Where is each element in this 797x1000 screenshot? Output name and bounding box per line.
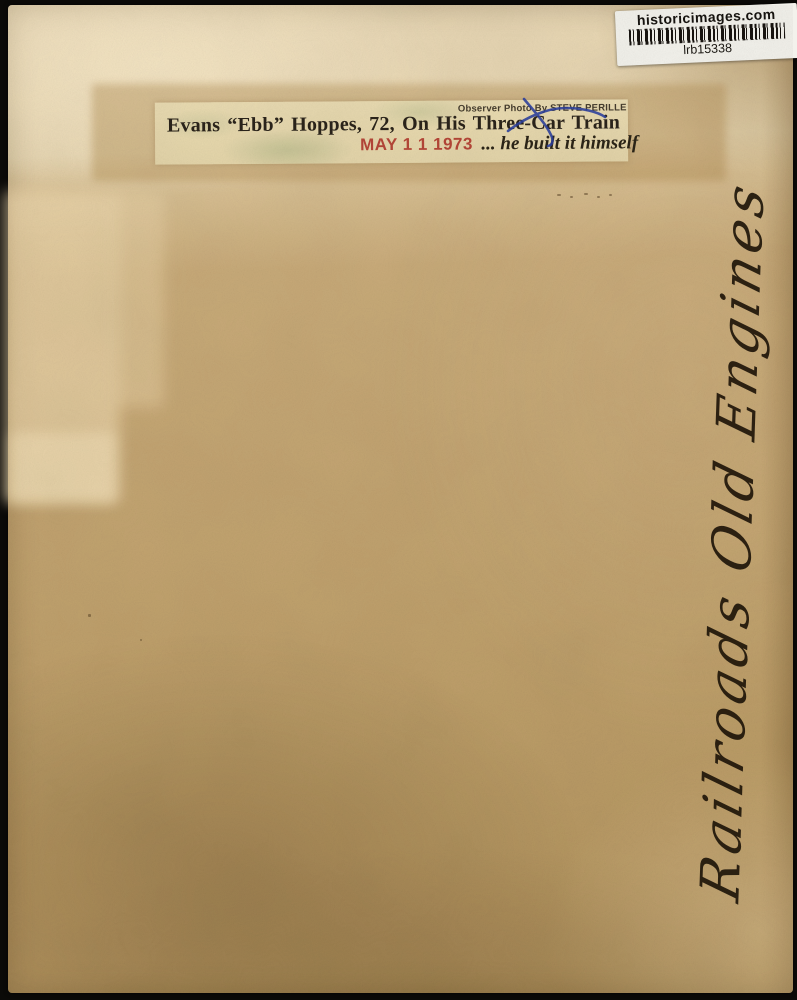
dust-speck: [140, 639, 142, 641]
pencil-mark: [597, 196, 600, 198]
pencil-mark: [584, 193, 588, 195]
photo-paper-back: Observer Photo By STEVE PERILLE Evans “E…: [8, 5, 793, 993]
pencil-mark: [570, 196, 573, 198]
dust-speck: [88, 614, 91, 617]
pencil-mark: [557, 194, 561, 196]
photo-verso-scan: Observer Photo By STEVE PERILLE Evans “E…: [0, 0, 797, 1000]
pencil-mark: [609, 194, 612, 196]
paper-light-patch: [10, 433, 116, 503]
clipping-dateline: MAY 1 1 1973 ... he built it himself: [360, 132, 638, 156]
newspaper-clipping: Observer Photo By STEVE PERILLE Evans “E…: [155, 99, 628, 164]
inventory-sticker: historicimages.com lrb15338: [615, 3, 797, 66]
clipping-caption: ... he built it himself: [481, 132, 638, 154]
paper-light-band-step: [114, 191, 164, 407]
date-stamp: MAY 1 1 1973: [360, 134, 473, 154]
